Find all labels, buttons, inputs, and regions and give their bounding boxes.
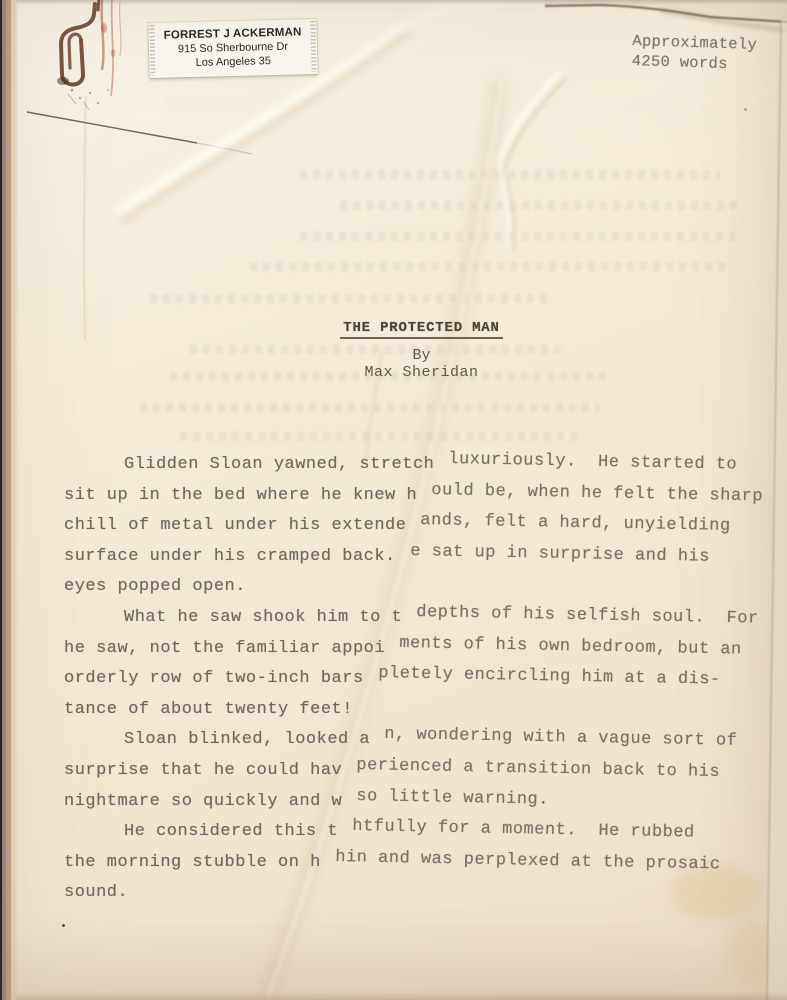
line-left-segment: Glidden Sloan yawned, stretch [124,455,434,474]
page-left-edge [0,0,18,1000]
manuscript-line: sound. [64,878,776,909]
page-bottom-edge [0,991,787,1000]
ink-speck [62,924,65,927]
bleed-through-mark [140,403,600,412]
byline-by: By [28,347,787,364]
line-left-segment: Sloan blinked, looked a [124,730,370,749]
bleed-through-mark [300,232,740,241]
bleed-through-mark [150,294,550,303]
line-left-segment: surprise that he could hav [64,761,342,780]
line-left-segment: orderly row of two-inch bars [64,669,364,688]
bleed-through-mark [180,432,580,441]
line-left-segment: eyes popped open. [64,577,246,596]
manuscript-page: FORREST J ACKERMAN 915 So Sherbourne Dr … [0,0,787,1000]
top-edge-line [545,5,787,22]
manuscript-line: He considered this thtfully for a moment… [64,817,776,848]
word-count-note: Approximately 4250 words [631,31,757,75]
line-left-segment: tance of about twenty feet! [64,700,353,719]
wrinkle [499,72,560,166]
address-label-street: 915 So Sherbourne Dr [158,40,308,56]
line-left-segment: he saw, not the familiar appoi [64,639,385,658]
story-title: THE PROTECTED MAN [340,320,502,339]
ink-speck [744,108,747,111]
bleed-through-mark [250,262,730,271]
word-count-line2: 4250 words [631,51,756,75]
line-right-segment: pletely encircling him at a dis- [378,659,721,696]
address-label: FORREST J ACKERMAN 915 So Sherbourne Dr … [148,19,317,78]
line-left-segment: surface under his cramped back. [64,547,396,566]
page-top-edge [0,0,787,5]
manuscript-line: surface under his cramped back.e sat up … [64,542,776,573]
line-left-segment: What he saw shook him to t [124,608,402,627]
manuscript-body: Glidden Sloan yawned, stretchluxuriously… [64,450,776,909]
bleed-through-mark [340,201,740,210]
line-right-segment: luxuriously. He started to [448,445,737,481]
bleed-through-mark [300,170,720,179]
line-left-segment: the morning stubble on h [64,853,321,872]
line-left-segment: He considered this t [124,822,338,841]
line-right-segment: hin and was perplexed at the prosaic [335,843,721,881]
address-label-city: Los Angeles 35 [158,54,308,70]
line-right-segment: e sat up in surprise and his [410,537,710,573]
address-label-name: FORREST J ACKERMAN [158,26,308,42]
manuscript-line: surprise that he could havperienced a tr… [64,756,776,787]
line-left-segment: sit up in the bed where he knew h [64,486,417,505]
line-left-segment: nightmare so quickly and w [64,792,342,811]
line-left-segment: chill of metal under his extende [64,516,406,535]
line-right-segment: so little warning. [356,782,549,816]
manuscript-line: the morning stubble on hhin and was perp… [64,848,776,879]
paper-stain [725,920,780,985]
title-block: THE PROTECTED MAN By Max Sheridan [28,318,787,381]
manuscript-line: orderly row of two-inch barspletely enci… [64,664,776,695]
byline-author: Max Sheridan [28,364,787,381]
line-left-segment: sound. [64,883,128,902]
manuscript-line: Glidden Sloan yawned, stretchluxuriously… [64,450,776,481]
